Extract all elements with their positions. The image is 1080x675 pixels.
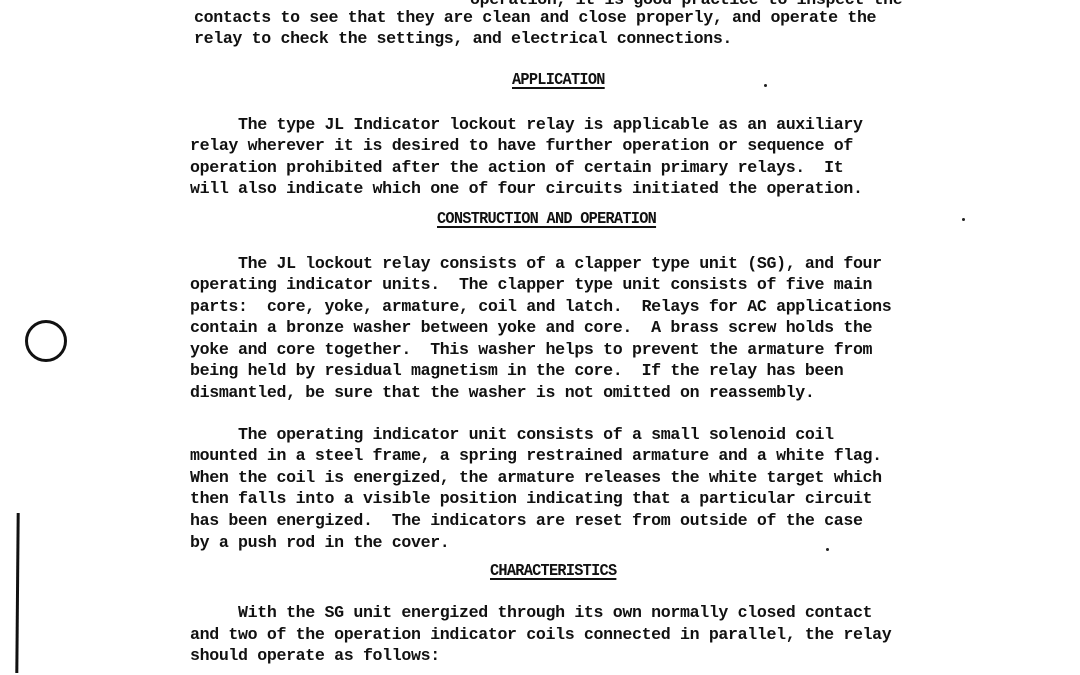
paragraph-line: operating indicator units. The clapper t… bbox=[190, 275, 872, 295]
paragraph-line: With the SG unit energized through its o… bbox=[190, 603, 872, 623]
document-page: operation, it is good practice to inspec… bbox=[0, 0, 1080, 675]
paragraph-line: then falls into a visible position indic… bbox=[190, 489, 872, 509]
scan-speck bbox=[764, 84, 767, 87]
paragraph-line: When the coil is energized, the armature… bbox=[190, 468, 882, 488]
paragraph-line: will also indicate which one of four cir… bbox=[190, 179, 863, 199]
paragraph-line: The operating indicator unit consists of… bbox=[190, 425, 834, 445]
paragraph-line: and two of the operation indicator coils… bbox=[190, 625, 891, 645]
paragraph-line: The JL lockout relay consists of a clapp… bbox=[190, 254, 882, 274]
paragraph-line: contain a bronze washer between yoke and… bbox=[190, 318, 872, 338]
paragraph-line: has been energized. The indicators are r… bbox=[190, 511, 863, 531]
binding-line bbox=[15, 513, 19, 673]
paragraph-line: by a push rod in the cover. bbox=[190, 533, 449, 553]
paragraph-line: operation prohibited after the action of… bbox=[190, 158, 843, 178]
paragraph-line: mounted in a steel frame, a spring restr… bbox=[190, 446, 882, 466]
scan-speck bbox=[962, 218, 965, 221]
top-fragment-line-2: relay to check the settings, and electri… bbox=[194, 29, 732, 49]
paragraph-line: being held by residual magnetism in the … bbox=[190, 361, 843, 381]
paragraph-line: parts: core, yoke, armature, coil and la… bbox=[190, 297, 891, 317]
top-fragment-line-1: contacts to see that they are clean and … bbox=[194, 8, 876, 28]
paragraph-line: should operate as follows: bbox=[190, 646, 440, 666]
section-heading-characteristics: CHARACTERISTICS bbox=[490, 561, 616, 581]
scan-speck bbox=[826, 548, 829, 551]
paragraph-line: The type JL Indicator lockout relay is a… bbox=[190, 115, 863, 135]
paragraph-line: relay wherever it is desired to have fur… bbox=[190, 136, 853, 156]
punch-hole-circle-icon bbox=[25, 320, 67, 362]
paragraph-line: dismantled, be sure that the washer is n… bbox=[190, 383, 815, 403]
section-heading-application: APPLICATION bbox=[512, 70, 605, 90]
section-heading-construction-and-operation: CONSTRUCTION AND OPERATION bbox=[437, 209, 656, 229]
paragraph-line: yoke and core together. This washer help… bbox=[190, 340, 872, 360]
